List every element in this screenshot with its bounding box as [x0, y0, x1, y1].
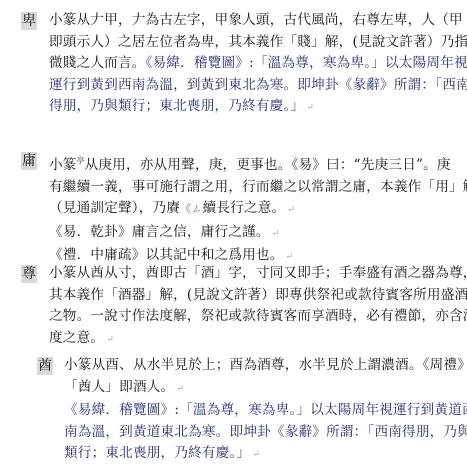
paragraph-mark-icon: ↵ — [252, 450, 260, 460]
text-line: 《易．乾卦》庸言之信，庸行之謹。↵ — [49, 222, 449, 246]
quote-line: 得朋，乃與類行；東北喪朋，乃終有慶。」↵ — [49, 96, 449, 120]
quote-line: 類行；東北喪朋，乃終有慶。」↵ — [64, 443, 454, 467]
text-line: 即頭示人）之居左位者為卑，其本義作「賤」解，(見說文許著）乃指 — [49, 32, 449, 54]
paragraph-mark-icon: ↵ — [286, 252, 294, 262]
phonetic-annotation: 《ㄥ — [180, 202, 202, 215]
quote-line: 南為溫，到黃道東北為寒。即坤卦《彖辭》所謂：「西南得朋，乃與 — [64, 422, 454, 444]
text-line: 微賤之人而言。《易緯．稽覽圖》:「溫為尊，寒為卑。」以太陽周年視 — [49, 53, 449, 75]
text-line: 「酋人」即酒人。↵ — [64, 377, 454, 401]
sub-entry-definition: 小篆从酉、从水半見於上；酉為酒尊，水半見於上謂濃酒。《周禮》 「酋人」即酒人。↵… — [64, 355, 454, 467]
text-line: 有繼續一義，事可施行謂之用，行而繼之以常謂之庸，本義作「用」解 — [49, 177, 449, 199]
paragraph-mark-icon: ↵ — [287, 205, 295, 215]
entry-head-char: 卑 — [21, 12, 37, 30]
text-line: 小篆从𠂇甲，𠂇為古左字，甲象人頭，古代風尚，右尊左卑，人（甲 — [49, 10, 449, 32]
quote-text: 《易緯．稽覽圖》:「溫為尊，寒為卑。」以太陽周年視 — [146, 55, 467, 71]
sub-entry-head-char: 酋 — [37, 357, 53, 375]
entry-head-char: 尊 — [21, 265, 37, 283]
seal-script-glyph-icon: 𠅘 — [77, 156, 85, 165]
paragraph-mark-icon: ↵ — [306, 103, 314, 113]
paragraph-mark-icon: ↵ — [176, 384, 184, 394]
text-line: 小篆从酋从寸，酋即古「酒」字，寸同又即手；手奉盛有酒之器為尊， — [49, 263, 449, 285]
paragraph-mark-icon: ↵ — [106, 335, 114, 345]
entry-definition: 小篆从𠂇甲，𠂇為古左字，甲象人頭，古代風尚，右尊左卑，人（甲 即頭示人）之居左位… — [49, 10, 449, 120]
entry-definition: 小篆𠅘从庚用，亦从用聲，庚，更事也。《易》曰：“先庚三日”。庚 有繼續一義，事可… — [49, 150, 449, 269]
text-line: （見通訓定聲），乃賡《ㄥ續長行之意。↵ — [49, 198, 449, 222]
text-line: 其本義作「酒器」解，(見說文許著）即專供祭祀或款待賓客所用盛酒 — [49, 285, 449, 307]
quote-line: 運行到黃到西南為溫，到黃到東北為寒。即坤卦《彖辭》所謂：「西南 — [49, 75, 449, 97]
text-line: 小篆从酉、从水半見於上；酉為酒尊，水半見於上謂濃酒。《周禮》 — [64, 355, 454, 377]
text-line: 之物。一說寸作法度解，祭祀或款待賓客而享酒時，必有禮節，亦含法 — [49, 306, 449, 328]
entry-head-char: 庸 — [21, 152, 37, 170]
text-line: 度之意。↵ — [49, 328, 449, 352]
paragraph-mark-icon: ↵ — [272, 229, 280, 239]
entry-definition: 小篆从酋从寸，酋即古「酒」字，寸同又即手；手奉盛有酒之器為尊， 其本義作「酒器」… — [49, 263, 449, 351]
quote-line: 《易緯．稽覽圖》:「溫為尊，寒為卑。」以太陽周年視運行到黃道西 — [64, 400, 454, 422]
text-line: 小篆𠅘从庚用，亦从用聲，庚，更事也。《易》曰：“先庚三日”。庚 — [49, 150, 449, 177]
